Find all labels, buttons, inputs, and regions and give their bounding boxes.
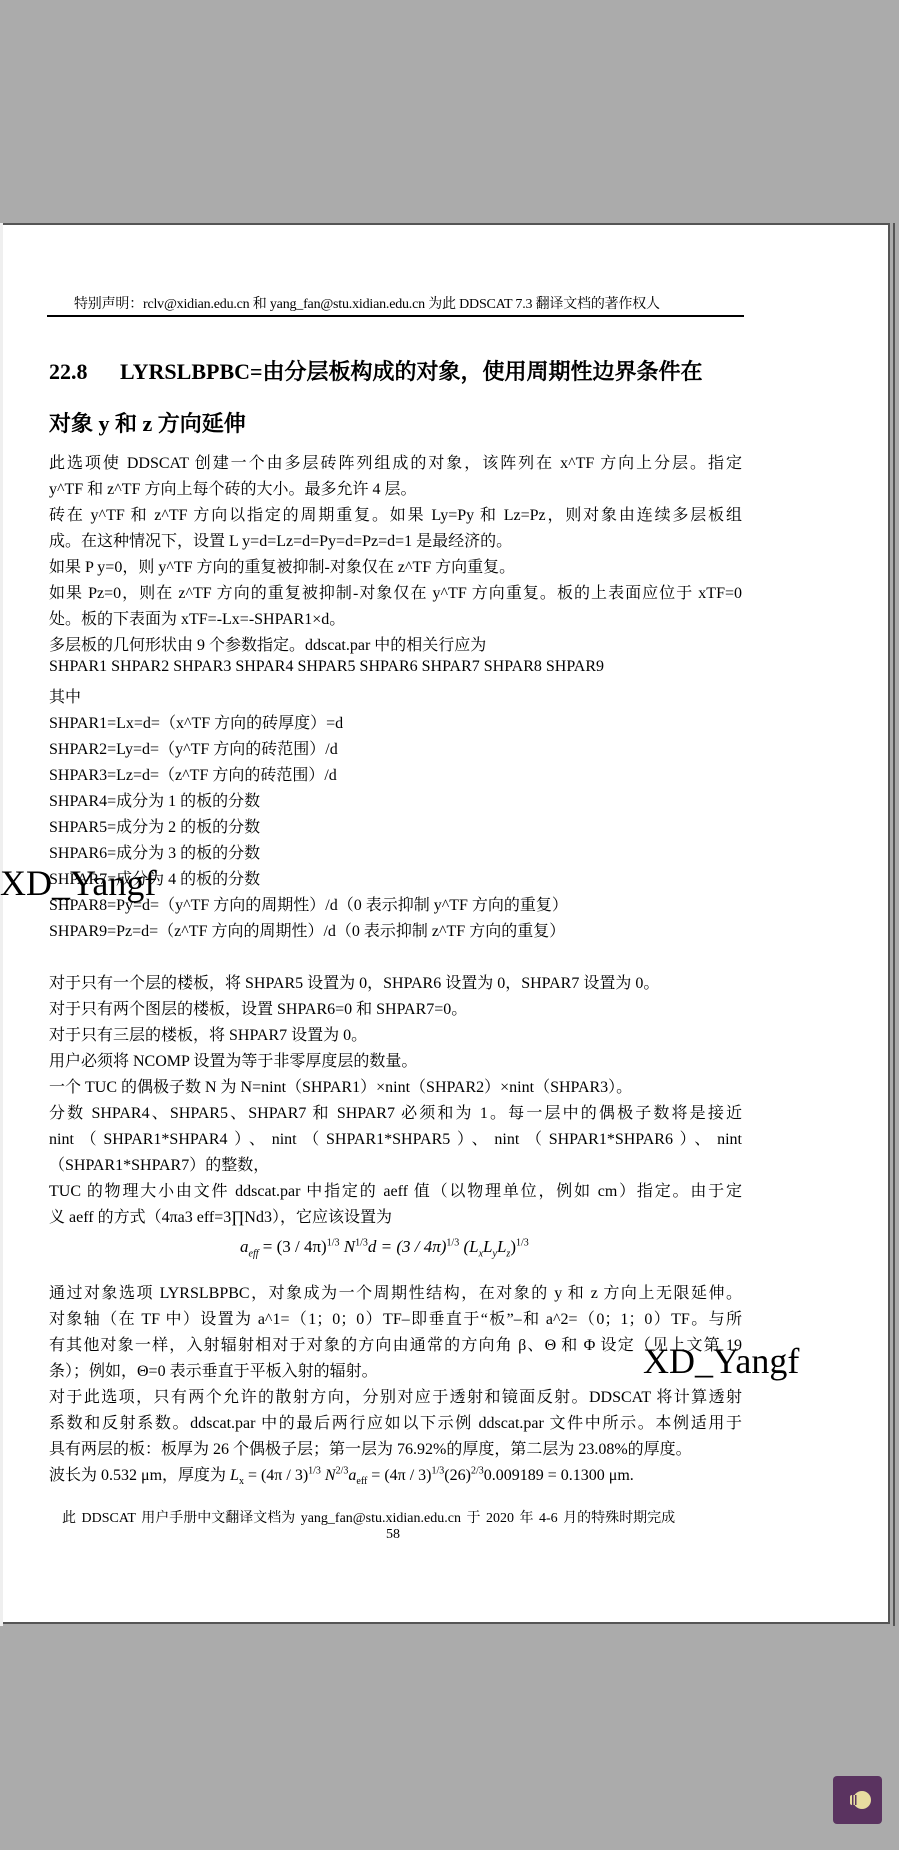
paragraph-line: nint（SHPAR1*SHPAR4）、nint（SHPAR1*SHPAR5）、… [49, 1126, 742, 1149]
shpar-item: SHPAR9=Pz=d=（z^TF 方向的周期性）/d（0 表示抑制 z^TF … [49, 918, 565, 941]
thickness-formula: Lx = (4π / 3)1/3 N2/3aeff = (4π / 3)1/3(… [230, 1467, 634, 1484]
paragraph-line: 多层板的几何形状由 9 个参数指定。ddscat.par 中的相关行应为 [49, 632, 486, 655]
aeff-formula: aeff = (3 / 4π)1/3 N1/3d = (3 / 4π)1/3 (… [240, 1237, 529, 1259]
note-line: 对于只有两个图层的楼板，设置 SHPAR6=0 和 SHPAR7=0。 [49, 996, 467, 1019]
paragraph-line: 义 aeff 的方式（4πa3 eff=3∏Nd3），它应该设置为 [49, 1204, 392, 1227]
paragraph-line-with-math: 波长为 0.532 μm，厚度为 Lx = (4π / 3)1/3 N2/3ae… [49, 1462, 634, 1487]
paragraph-line: 通过对象选项 LYRSLBPBC，对象成为一个周期性结构，在对象的 y 和 z … [49, 1280, 742, 1303]
paragraph-line: 其中 [49, 684, 81, 707]
section-heading: 22.8LYRSLBPBC=由分层板构成的对象，使用周期性边界条件在 [49, 355, 703, 386]
paragraph-line: （SHPAR1*SHPAR7）的整数， [49, 1152, 269, 1175]
page-number: 58 [386, 1527, 400, 1543]
paragraph-line: 分数 SHPAR4、SHPAR5、SHPAR7 和 SHPAR7 必须和为 1。… [49, 1100, 742, 1123]
paragraph-line: 系数和反射系数。ddscat.par 中的最后两行应如以下示例 ddscat.p… [49, 1410, 742, 1433]
paragraph-line: 有其他对象一样，入射辐射相对于对象的方向由通常的方向角 β、Θ 和 Φ 设定（见… [49, 1332, 742, 1355]
page-header: 特别声明：rclv@xidian.edu.cn 和 yang_fan@stu.x… [74, 293, 660, 313]
lightbulb-fab-button[interactable] [833, 1776, 882, 1824]
shpar-item: SHPAR1=Lx=d=（x^TF 方向的砖厚度）=d [49, 710, 343, 733]
shpar-item: SHPAR4=成分为 1 的板的分数 [49, 788, 260, 811]
paragraph-line: 对象轴（在 TF 中）设置为 a^1=（1；0；0）TF–即垂直于“板”–和 a… [49, 1306, 742, 1329]
paragraph-line: 条）；例如，Θ=0 表示垂直于平板入射的辐射。 [49, 1358, 378, 1381]
note-line: 一个 TUC 的偶极子数 N 为 N=nint（SHPAR1）×nint（SHP… [49, 1074, 632, 1097]
page-shadow-edge [893, 223, 895, 1626]
note-line: 用户必须将 NCOMP 设置为等于非零厚度层的数量。 [49, 1048, 417, 1071]
shpar-item: SHPAR6=成分为 3 的板的分数 [49, 840, 260, 863]
paragraph-line: 处。板的下表面为 xTF=-Lx=-SHPAR1×d。 [49, 606, 345, 629]
paragraph-line: 如果 Pz=0，则在 z^TF 方向的重复被抑制-对象仅在 y^TF 方向重复。… [49, 580, 742, 603]
paragraph-line: 砖在 y^TF 和 z^TF 方向以指定的周期重复。如果 Ly=Py 和 Lz=… [49, 502, 742, 525]
shpar-param-line: SHPAR1 SHPAR2 SHPAR3 SHPAR4 SHPAR5 SHPAR… [49, 658, 604, 676]
note-line: 对于只有一个层的楼板，将 SHPAR5 设置为 0，SHPAR6 设置为 0，S… [49, 970, 659, 993]
section-number: 22.8 [49, 359, 120, 385]
paragraph-line: 具有两层的板：板厚为 26 个偶极子层；第一层为 76.92%的厚度，第二层为 … [49, 1436, 692, 1459]
lightbulb-icon [843, 1789, 873, 1811]
watermark: XD_Yangf [0, 862, 156, 904]
paragraph-line: 此选项使 DDSCAT 创建一个由多层砖阵列组成的对象，该阵列在 x^TF 方向… [49, 450, 742, 473]
paragraph-line: y^TF 和 z^TF 方向上每个砖的大小。最多允许 4 层。 [49, 476, 416, 499]
paragraph-line: 成。在这种情况下，设置 L y=d=Lz=d=Py=d=Pz=d=1 是最经济的… [49, 528, 512, 551]
note-line: 对于只有三层的楼板，将 SHPAR7 设置为 0。 [49, 1022, 367, 1045]
page-footer: 此 DDSCAT 用户手册中文翻译文档为 yang_fan@stu.xidian… [62, 1507, 675, 1527]
shpar-item: SHPAR2=Ly=d=（y^TF 方向的砖范围）/d [49, 736, 338, 759]
shpar-item: SHPAR5=成分为 2 的板的分数 [49, 814, 260, 837]
paragraph-line: 对于此选项，只有两个允许的散射方向，分别对应于透射和镜面反射。DDSCAT 将计… [49, 1384, 742, 1407]
header-rule [47, 315, 744, 317]
paragraph-line: 如果 P y=0，则 y^TF 方向的重复被抑制-对象仅在 z^TF 方向重复。 [49, 554, 515, 577]
paragraph-line: TUC 的物理大小由文件 ddscat.par 中指定的 aeff 值（以物理单… [49, 1178, 742, 1201]
watermark: XD_Yangf [643, 1340, 799, 1382]
section-title-line1: LYRSLBPBC=由分层板构成的对象，使用周期性边界条件在 [120, 359, 703, 384]
shpar-item: SHPAR3=Lz=d=（z^TF 方向的砖范围）/d [49, 762, 337, 785]
section-title-line2: 对象 y 和 z 方向延伸 [49, 407, 246, 438]
